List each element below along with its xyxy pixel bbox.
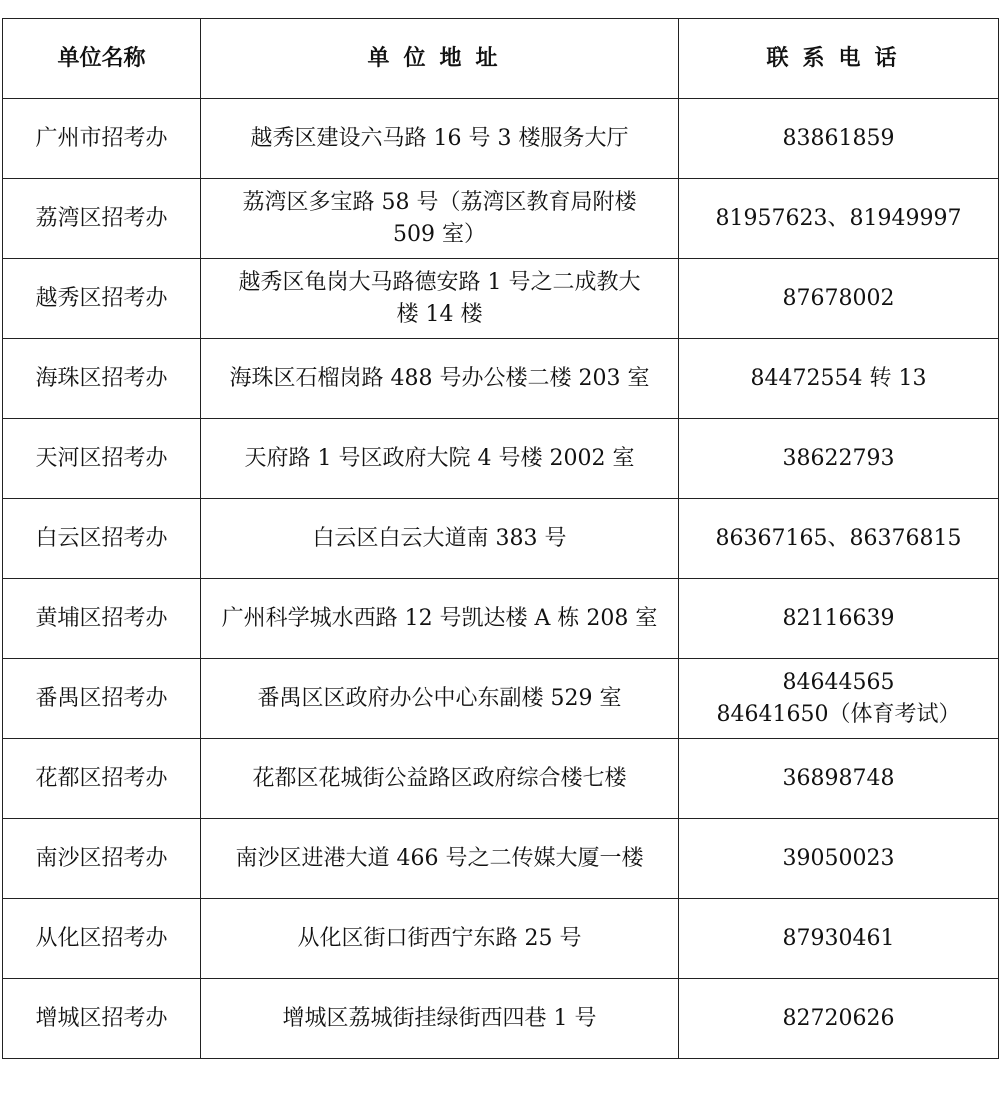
unit-address: 从化区街口街西宁东路 25 号: [201, 899, 679, 979]
table-row: 番禺区招考办番禺区区政府办公中心东副楼 529 室846445658464165…: [3, 659, 999, 739]
address-line: 花都区花城街公益路区政府综合楼七楼: [207, 763, 672, 795]
unit-address: 越秀区建设六马路 16 号 3 楼服务大厅: [201, 99, 679, 179]
unit-phone: 84472554 转 13: [679, 339, 999, 419]
unit-name: 白云区招考办: [3, 499, 201, 579]
unit-phone: 81957623、81949997: [679, 179, 999, 259]
phone-line: 86367165、86376815: [685, 523, 992, 555]
contacts-table: 单位名称 单位地址 联系电话 广州市招考办越秀区建设六马路 16 号 3 楼服务…: [2, 18, 999, 1059]
table-row: 白云区招考办白云区白云大道南 383 号86367165、86376815: [3, 499, 999, 579]
unit-name: 黄埔区招考办: [3, 579, 201, 659]
address-line: 广州科学城水西路 12 号凯达楼 A 栋 208 室: [207, 603, 672, 635]
phone-line: 39050023: [685, 843, 992, 875]
table-row: 天河区招考办天府路 1 号区政府大院 4 号楼 2002 室38622793: [3, 419, 999, 499]
unit-address: 白云区白云大道南 383 号: [201, 499, 679, 579]
address-line: 越秀区建设六马路 16 号 3 楼服务大厅: [207, 123, 672, 155]
address-line: 增城区荔城街挂绿街西四巷 1 号: [207, 1003, 672, 1035]
header-row: 单位名称 单位地址 联系电话: [3, 19, 999, 99]
address-line: 从化区街口街西宁东路 25 号: [207, 923, 672, 955]
unit-phone: 83861859: [679, 99, 999, 179]
unit-phone: 86367165、86376815: [679, 499, 999, 579]
table-row: 黄埔区招考办广州科学城水西路 12 号凯达楼 A 栋 208 室82116639: [3, 579, 999, 659]
address-line: 楼 14 楼: [207, 299, 672, 331]
table-row: 南沙区招考办南沙区进港大道 466 号之二传媒大厦一楼39050023: [3, 819, 999, 899]
unit-name: 荔湾区招考办: [3, 179, 201, 259]
unit-phone: 38622793: [679, 419, 999, 499]
unit-name: 番禺区招考办: [3, 659, 201, 739]
unit-name: 花都区招考办: [3, 739, 201, 819]
unit-phone: 36898748: [679, 739, 999, 819]
address-line: 荔湾区多宝路 58 号（荔湾区教育局附楼: [207, 187, 672, 219]
header-phone: 联系电话: [679, 19, 999, 99]
table-row: 从化区招考办从化区街口街西宁东路 25 号87930461: [3, 899, 999, 979]
phone-line: 83861859: [685, 123, 992, 155]
unit-phone: 39050023: [679, 819, 999, 899]
address-line: 海珠区石榴岗路 488 号办公楼二楼 203 室: [207, 363, 672, 395]
unit-address: 越秀区龟岗大马路德安路 1 号之二成教大楼 14 楼: [201, 259, 679, 339]
address-line: 南沙区进港大道 466 号之二传媒大厦一楼: [207, 843, 672, 875]
unit-name: 海珠区招考办: [3, 339, 201, 419]
phone-line: 84472554 转 13: [685, 363, 992, 395]
unit-name: 南沙区招考办: [3, 819, 201, 899]
address-line: 天府路 1 号区政府大院 4 号楼 2002 室: [207, 443, 672, 475]
unit-address: 海珠区石榴岗路 488 号办公楼二楼 203 室: [201, 339, 679, 419]
unit-phone: 82116639: [679, 579, 999, 659]
phone-line: 84644565: [685, 667, 992, 699]
unit-address: 增城区荔城街挂绿街西四巷 1 号: [201, 979, 679, 1059]
header-address: 单位地址: [201, 19, 679, 99]
phone-line: 36898748: [685, 763, 992, 795]
phone-line: 81957623、81949997: [685, 203, 992, 235]
phone-line: 87678002: [685, 283, 992, 315]
address-line: 越秀区龟岗大马路德安路 1 号之二成教大: [207, 267, 672, 299]
unit-address: 广州科学城水西路 12 号凯达楼 A 栋 208 室: [201, 579, 679, 659]
unit-address: 荔湾区多宝路 58 号（荔湾区教育局附楼509 室）: [201, 179, 679, 259]
unit-address: 花都区花城街公益路区政府综合楼七楼: [201, 739, 679, 819]
phone-line: 87930461: [685, 923, 992, 955]
phone-line: 84641650（体育考试）: [685, 699, 992, 731]
table-row: 花都区招考办花都区花城街公益路区政府综合楼七楼36898748: [3, 739, 999, 819]
table-row: 海珠区招考办海珠区石榴岗路 488 号办公楼二楼 203 室84472554 转…: [3, 339, 999, 419]
unit-name: 增城区招考办: [3, 979, 201, 1059]
table-row: 增城区招考办增城区荔城街挂绿街西四巷 1 号82720626: [3, 979, 999, 1059]
address-line: 509 室）: [207, 219, 672, 251]
phone-line: 38622793: [685, 443, 992, 475]
unit-phone: 82720626: [679, 979, 999, 1059]
header-name: 单位名称: [3, 19, 201, 99]
table-row: 越秀区招考办越秀区龟岗大马路德安路 1 号之二成教大楼 14 楼87678002: [3, 259, 999, 339]
unit-address: 天府路 1 号区政府大院 4 号楼 2002 室: [201, 419, 679, 499]
unit-phone: 8464456584641650（体育考试）: [679, 659, 999, 739]
phone-line: 82720626: [685, 1003, 992, 1035]
unit-name: 从化区招考办: [3, 899, 201, 979]
phone-line: 82116639: [685, 603, 992, 635]
address-line: 白云区白云大道南 383 号: [207, 523, 672, 555]
table-row: 广州市招考办越秀区建设六马路 16 号 3 楼服务大厅83861859: [3, 99, 999, 179]
unit-address: 番禺区区政府办公中心东副楼 529 室: [201, 659, 679, 739]
unit-name: 广州市招考办: [3, 99, 201, 179]
unit-address: 南沙区进港大道 466 号之二传媒大厦一楼: [201, 819, 679, 899]
unit-phone: 87930461: [679, 899, 999, 979]
unit-name: 越秀区招考办: [3, 259, 201, 339]
unit-name: 天河区招考办: [3, 419, 201, 499]
table-row: 荔湾区招考办荔湾区多宝路 58 号（荔湾区教育局附楼509 室）81957623…: [3, 179, 999, 259]
address-line: 番禺区区政府办公中心东副楼 529 室: [207, 683, 672, 715]
unit-phone: 87678002: [679, 259, 999, 339]
